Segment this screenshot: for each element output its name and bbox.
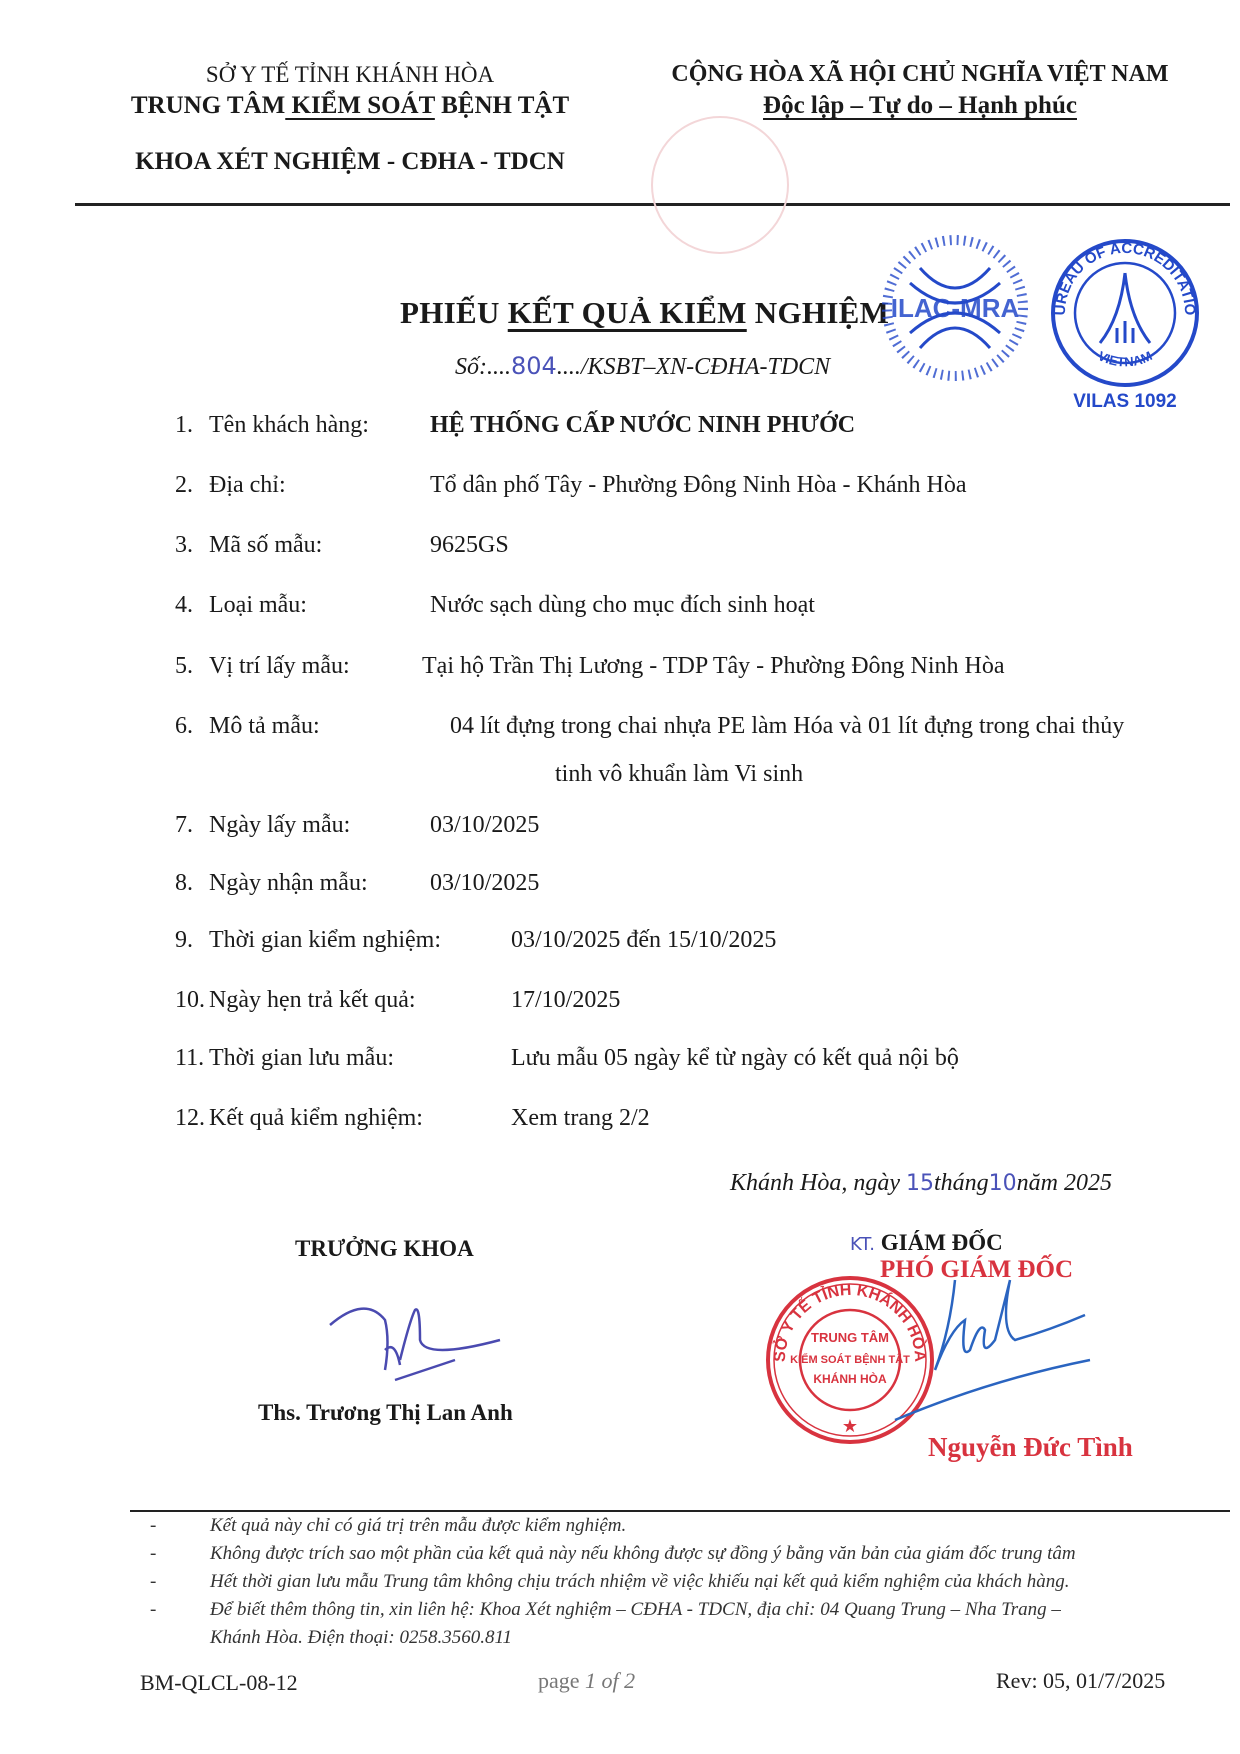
field-label: 11.Thời gian lưu mẫu: — [175, 1045, 394, 1072]
note-continuation: Khánh Hòa. Điện thoại: 0258.3560.811 — [170, 1624, 1230, 1652]
field-label: 12.Kết quả kiểm nghiệm: — [175, 1105, 423, 1132]
handwritten-number: 804 — [511, 352, 557, 380]
field-value-continuation: tinh vô khuẩn làm Vi sinh — [555, 761, 803, 788]
svg-text:TRUNG TÂM: TRUNG TÂM — [811, 1330, 889, 1345]
field-label-text: Kết quả kiểm nghiệm: — [209, 1105, 423, 1131]
note-item: -Để biết thêm thông tin, xin liên hệ: Kh… — [170, 1596, 1230, 1624]
field-label-text: Địa chỉ: — [209, 472, 286, 498]
field-label-text: Ngày nhận mẫu: — [209, 870, 368, 896]
field-value: Xem trang 2/2 — [511, 1105, 650, 1132]
field-label: 2.Địa chỉ: — [175, 472, 286, 499]
head-of-department-name: Ths. Trương Thị Lan Anh — [258, 1400, 513, 1426]
svg-text:★: ★ — [842, 1416, 858, 1436]
field-label: 7.Ngày lấy mẫu: — [175, 812, 350, 839]
field-label-text: Ngày lấy mẫu: — [209, 812, 350, 838]
revision-info: Rev: 05, 01/7/2025 — [996, 1668, 1165, 1694]
note-item: -Kết quả này chỉ có giá trị trên mẫu đượ… — [170, 1512, 1230, 1540]
bullet-dash: - — [150, 1512, 156, 1540]
field-label-text: Loại mẫu: — [209, 592, 307, 618]
field-value: 04 lít đựng trong chai nhựa PE làm Hóa v… — [450, 713, 1124, 740]
bullet-dash: - — [150, 1596, 156, 1624]
field-label-text: Mô tả mẫu: — [209, 713, 320, 739]
issuer-header: SỞ Y TẾ TỈNH KHÁNH HÒA TRUNG TÂM KIỂM SO… — [100, 60, 600, 176]
head-of-department-title: TRƯỞNG KHOA — [295, 1236, 474, 1262]
note-item: -Không được trích sao một phần của kết q… — [170, 1540, 1230, 1568]
note-item: -Hết thời gian lưu mẫu Trung tâm không c… — [170, 1568, 1230, 1596]
svg-text:VILAS 1092: VILAS 1092 — [1073, 391, 1177, 412]
page-indicator: page 1 of 2 — [538, 1668, 635, 1694]
document-number: Số:....804..../KSBT–XN-CĐHA-TDCN — [455, 352, 830, 381]
form-code: BM-QLCL-08-12 — [140, 1670, 298, 1696]
vilas-accreditation-stamp-icon: BUREAU OF ACCREDITATION VIETNAM VILAS 10… — [1045, 233, 1215, 413]
director-signature-icon — [890, 1270, 1120, 1440]
director-name: Nguyễn Đức Tình — [928, 1432, 1133, 1463]
field-value: 03/10/2025 đến 15/10/2025 — [511, 927, 776, 954]
field-label-text: Tên khách hàng: — [209, 412, 369, 438]
field-label: 1.Tên khách hàng: — [175, 412, 369, 439]
field-value: 03/10/2025 — [430, 870, 539, 897]
field-value: Nước sạch dùng cho mục đích sinh hoạt — [430, 592, 815, 619]
document-title: PHIẾU KẾT QUẢ KIỂM NGHIỆM — [400, 295, 889, 331]
bullet-dash: - — [150, 1568, 156, 1596]
svg-text:ILAC-MRA: ILAC-MRA — [891, 293, 1020, 323]
field-value: HỆ THỐNG CẤP NƯỚC NINH PHƯỚC — [430, 412, 855, 439]
lab-name: KHOA XÉT NGHIỆM - CĐHA - TDCN — [100, 148, 600, 176]
svg-text:VIETNAM: VIETNAM — [1096, 348, 1155, 370]
center-name: TRUNG TÂM KIỂM SOÁT BỆNH TẬT — [100, 90, 600, 122]
bullet-dash: - — [150, 1540, 156, 1568]
field-label-text: Thời gian kiểm nghiệm: — [209, 927, 441, 953]
ilac-mra-stamp-icon: ILAC-MRA — [880, 228, 1030, 388]
field-label-text: Mã số mẫu: — [209, 532, 322, 558]
faint-stamp-ghost-icon — [640, 110, 800, 260]
director-title: KT. GIÁM ĐỐC — [850, 1230, 1003, 1256]
field-value: Lưu mẫu 05 ngày kể từ ngày có kết quả nộ… — [511, 1045, 959, 1072]
field-label-text: Ngày hẹn trả kết quả: — [209, 987, 416, 1013]
field-value: Tổ dân phố Tây - Phường Đông Ninh Hòa - … — [430, 472, 967, 499]
field-label: 3.Mã số mẫu: — [175, 532, 322, 559]
svg-text:KHÁNH HÒA: KHÁNH HÒA — [813, 1371, 887, 1386]
field-label: 8.Ngày nhận mẫu: — [175, 870, 368, 897]
disclaimer-notes: -Kết quả này chỉ có giá trị trên mẫu đượ… — [170, 1512, 1230, 1652]
field-label: 5.Vị trí lấy mẫu: — [175, 653, 350, 680]
department-name: SỞ Y TẾ TỈNH KHÁNH HÒA — [100, 60, 600, 90]
field-label-text: Thời gian lưu mẫu: — [209, 1045, 394, 1071]
field-value: 9625GS — [430, 532, 509, 559]
field-value: Tại hộ Trần Thị Lương - TDP Tây - Phường… — [422, 653, 1005, 680]
field-label-text: Vị trí lấy mẫu: — [209, 653, 350, 679]
field-value: 17/10/2025 — [511, 987, 620, 1014]
field-value: 03/10/2025 — [430, 812, 539, 839]
left-signature-icon — [325, 1300, 505, 1390]
field-label: 6.Mô tả mẫu: — [175, 713, 320, 740]
field-label: 9.Thời gian kiểm nghiệm: — [175, 927, 441, 954]
field-label: 4.Loại mẫu: — [175, 592, 307, 619]
signing-date: Khánh Hòa, ngày 15tháng10năm 2025 — [730, 1170, 1112, 1197]
field-label: 10.Ngày hẹn trả kết quả: — [175, 987, 416, 1014]
country-name: CỘNG HÒA XÃ HỘI CHỦ NGHĨA VIỆT NAM — [640, 58, 1200, 90]
